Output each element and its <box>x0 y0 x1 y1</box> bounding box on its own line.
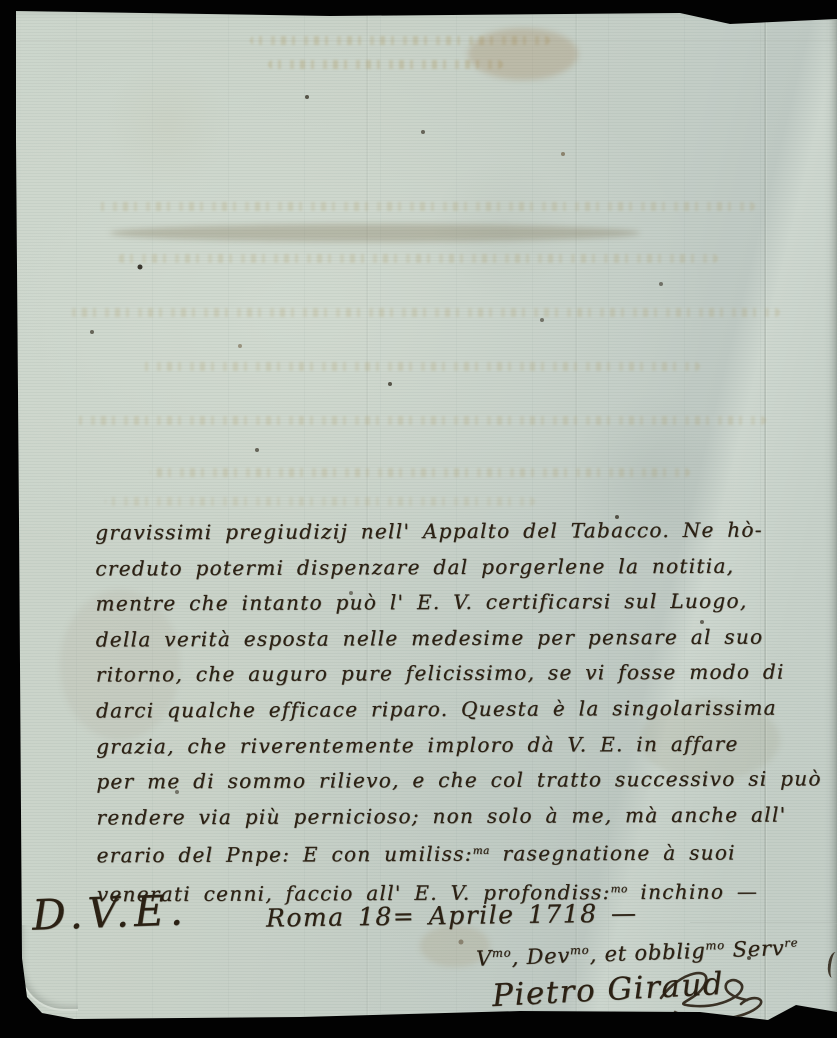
stain <box>110 224 640 242</box>
manuscript-line: creduto potermi dispenzare dal porgerlen… <box>95 548 807 587</box>
text-segment: della verità esposta nelle medesime per … <box>96 624 764 651</box>
showthrough-line <box>150 468 690 477</box>
fold-crease <box>690 922 837 924</box>
showthrough-line <box>105 497 535 506</box>
signature-flourish <box>655 960 815 1035</box>
text-segment: Serv <box>725 936 785 962</box>
text-segment: darci qualche efficace riparo. Questa è … <box>96 696 777 723</box>
manuscript-line: darci qualche efficace riparo. Questa è … <box>96 690 808 729</box>
manuscript-line: rendere via più pernicioso; non solo à m… <box>96 797 808 836</box>
text-segment: per me di sommo rilievo, e che col tratt… <box>96 767 822 794</box>
dateline: Roma 18= Aprile 1718 — <box>266 898 638 932</box>
manuscript-line: gravissimi pregiudizij nell' Appalto del… <box>95 512 807 551</box>
abbreviation-superscript: mo <box>570 943 590 958</box>
abbreviation-superscript: mo <box>611 883 628 895</box>
manuscript-line: erario del Pnpe: E con umiliss:ma rasegn… <box>97 833 809 874</box>
manuscript-line: mentre che intanto può l' E. V. certific… <box>95 584 807 623</box>
showthrough-line <box>76 416 766 425</box>
showthrough-line <box>70 308 780 317</box>
letter-body-text: gravissimi pregiudizij nell' Appalto del… <box>95 512 809 912</box>
text-segment: V <box>476 946 493 971</box>
text-segment: ritorno, che auguro pure felicissimo, se… <box>96 660 785 687</box>
showthrough-line <box>95 202 755 211</box>
text-segment: erario del Pnpe: E con umiliss: <box>97 842 473 868</box>
letter-paper: gravissimi pregiudizij nell' Appalto del… <box>0 0 837 1038</box>
text-segment: grazia, che riverentemente imploro dà V.… <box>96 731 739 758</box>
stain <box>468 28 578 80</box>
text-segment: rasegnatione à suoi <box>490 841 736 866</box>
text-segment: gravissimi pregiudizij nell' Appalto del… <box>95 518 763 545</box>
text-segment: rendere via più pernicioso; non solo à m… <box>96 802 786 829</box>
showthrough-line <box>268 60 503 69</box>
valediction-dve: D.V.E. <box>31 885 189 939</box>
text-segment: , Dev <box>511 943 570 969</box>
abbreviation-superscript: re <box>784 935 798 949</box>
foxing-spots <box>0 0 2 2</box>
manuscript-line: della verità esposta nelle medesime per … <box>96 619 808 658</box>
scanned-letter-page: gravissimi pregiudizij nell' Appalto del… <box>0 0 837 1038</box>
text-segment: inchino — <box>628 879 759 904</box>
text-segment: mentre che intanto può l' E. V. certific… <box>95 589 747 616</box>
manuscript-line: per me di sommo rilievo, e che col tratt… <box>96 762 808 801</box>
manuscript-line: grazia, che riverentemente imploro dà V.… <box>96 726 808 765</box>
showthrough-line <box>118 254 718 263</box>
abbreviation-superscript: ma <box>473 845 490 857</box>
manuscript-line: ritorno, che auguro pure felicissimo, se… <box>96 655 808 694</box>
abbreviation-superscript: mo <box>492 945 512 960</box>
text-segment: creduto potermi dispenzare dal porgerlen… <box>95 553 734 580</box>
abbreviation-superscript: mo <box>705 938 725 953</box>
showthrough-line <box>140 362 700 371</box>
